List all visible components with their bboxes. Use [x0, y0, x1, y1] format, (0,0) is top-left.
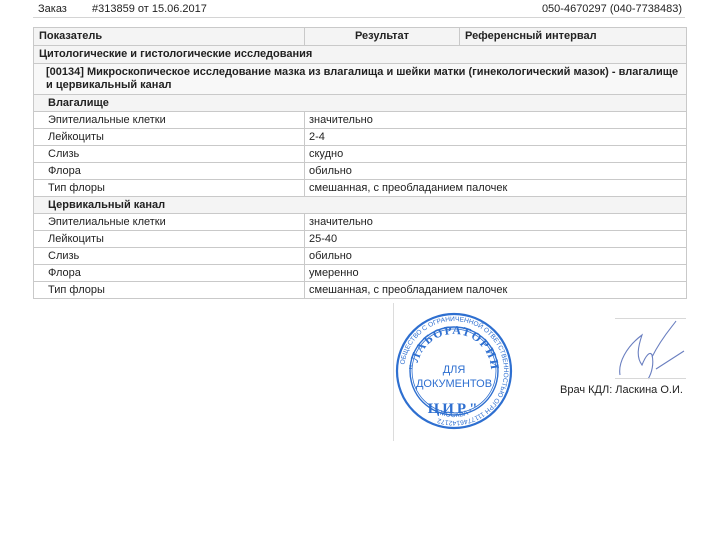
contact-phone: 050-4670297 (040-7738483) [542, 3, 682, 15]
indicator-name: Флора [34, 163, 305, 180]
test-title: [00134] Микроскопическое исследование ма… [34, 64, 687, 95]
indicator-name: Тип флоры [34, 180, 305, 197]
signature-bottom-line [615, 378, 686, 379]
table-row: Лейкоциты25-40 [34, 231, 687, 248]
table-row: Эпителиальные клеткизначительно [34, 214, 687, 231]
column-header-reference: Референсный интервал [460, 28, 687, 46]
table-header-row: Показатель Результат Референсный интерва… [34, 28, 687, 46]
section-row: Цервикальный канал [34, 197, 687, 214]
column-header-result: Результат [305, 28, 460, 46]
category-title: Цитологические и гистологические исследо… [34, 46, 687, 64]
category-row: Цитологические и гистологические исследо… [34, 46, 687, 64]
indicator-name: Лейкоциты [34, 231, 305, 248]
result-value: смешанная, с преобладанием палочек [305, 180, 687, 197]
indicator-name: Лейкоциты [34, 129, 305, 146]
table-row: Эпителиальные клеткизначительно [34, 112, 687, 129]
stamp-area: ОБЩЕСТВО С ОГРАНИЧЕННОЙ ОТВЕТСТВЕННОСТЬЮ… [393, 303, 514, 441]
doctor-name: Врач КДЛ: Ласкина О.И. [560, 384, 683, 396]
test-row: [00134] Микроскопическое исследование ма… [34, 64, 687, 95]
section-row: Влагалище [34, 95, 687, 112]
signature [612, 317, 686, 383]
column-header-indicator: Показатель [34, 28, 305, 46]
signature-icon [612, 317, 686, 383]
indicator-name: Слизь [34, 146, 305, 163]
section-title: Цервикальный канал [34, 197, 687, 214]
result-value: 2-4 [305, 129, 687, 146]
result-value: значительно [305, 214, 687, 231]
result-value: обильно [305, 163, 687, 180]
order-number: #313859 от 15.06.2017 [92, 3, 207, 15]
result-value: значительно [305, 112, 687, 129]
svg-text:ДОКУМЕНТОВ: ДОКУМЕНТОВ [416, 378, 492, 390]
indicator-name: Эпителиальные клетки [34, 214, 305, 231]
table-row: Тип флорысмешанная, с преобладанием пало… [34, 282, 687, 299]
svg-text:ДЛЯ: ДЛЯ [443, 364, 466, 376]
table-row: Лейкоциты2-4 [34, 129, 687, 146]
result-value: скудно [305, 146, 687, 163]
laboratory-stamp-icon: ОБЩЕСТВО С ОГРАНИЧЕННОЙ ОТВЕТСТВЕННОСТЬЮ… [395, 303, 513, 439]
indicator-name: Слизь [34, 248, 305, 265]
table-row: Флораобильно [34, 163, 687, 180]
order-header: Заказ #313859 от 15.06.2017 050-4670297 … [33, 0, 685, 18]
result-value: умеренно [305, 265, 687, 282]
order-label: Заказ [38, 3, 67, 15]
table-row: Слизьскудно [34, 146, 687, 163]
section-title: Влагалище [34, 95, 687, 112]
indicator-name: Флора [34, 265, 305, 282]
table-row: Слизьобильно [34, 248, 687, 265]
result-value: 25-40 [305, 231, 687, 248]
table-row: Тип флорысмешанная, с преобладанием пало… [34, 180, 687, 197]
results-table: Показатель Результат Референсный интерва… [33, 27, 687, 299]
result-value: обильно [305, 248, 687, 265]
indicator-name: Эпителиальные клетки [34, 112, 305, 129]
table-row: Флораумеренно [34, 265, 687, 282]
indicator-name: Тип флоры [34, 282, 305, 299]
result-value: смешанная, с преобладанием палочек [305, 282, 687, 299]
